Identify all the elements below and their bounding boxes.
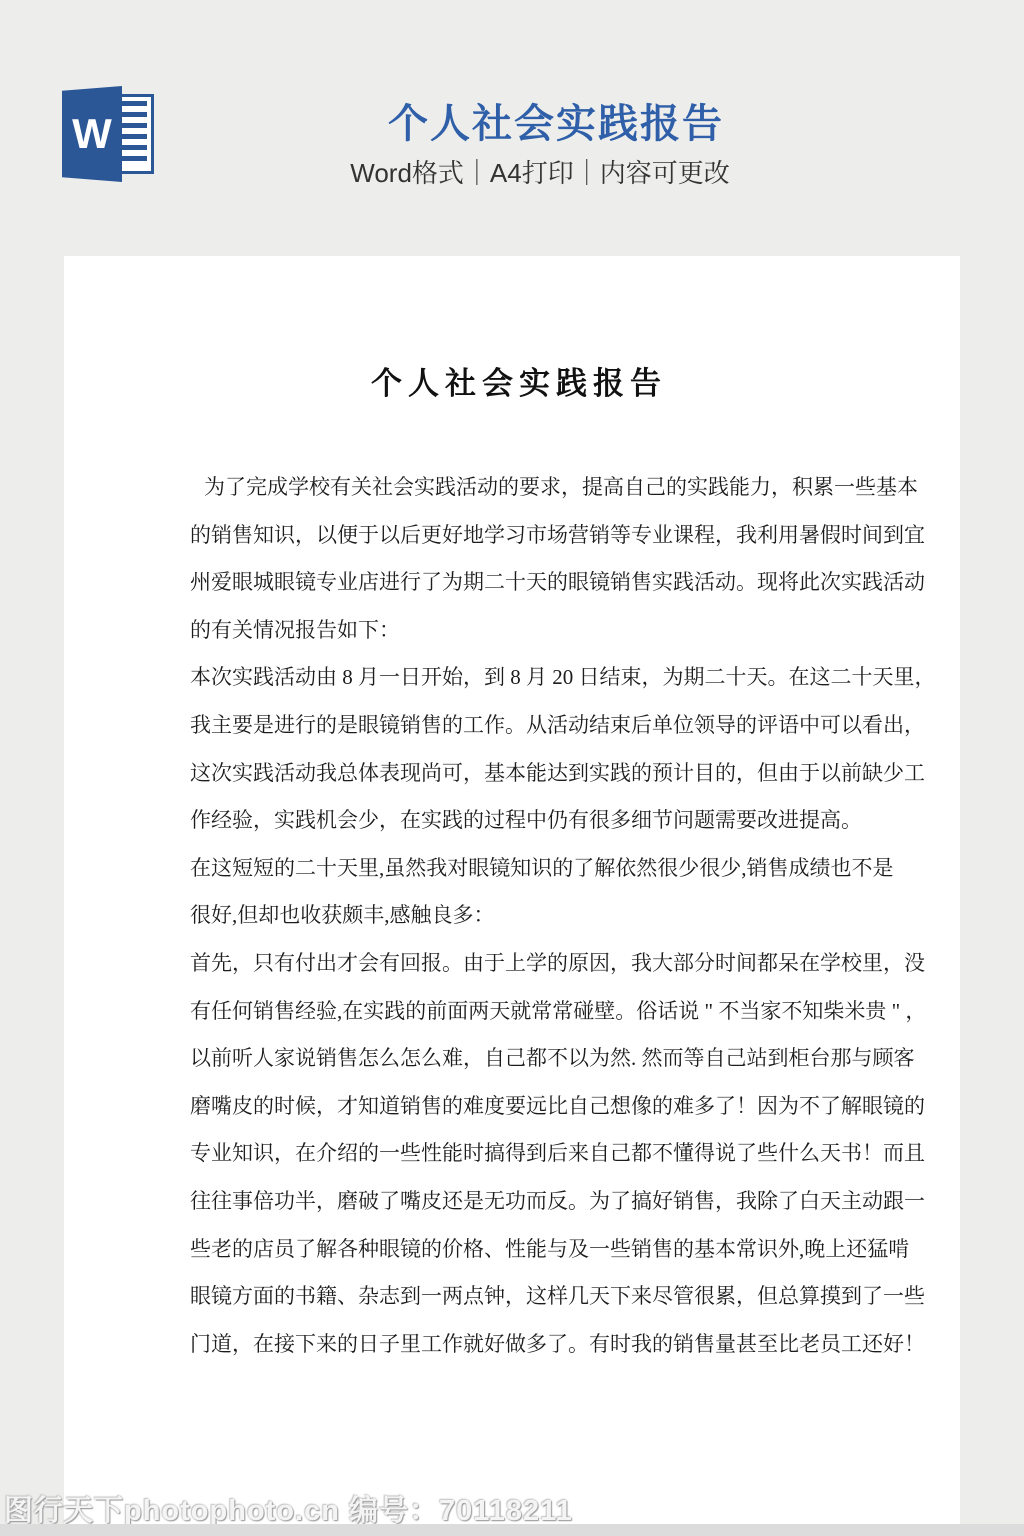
- doc-text-line: 首先，只有付出才会有回报。由于上学的原因，我大部分时间都呆在学校里，没: [190, 940, 848, 988]
- doc-text-line: 在这短短的二十天里,虽然我对眼镜知识的了解依然很少很少,销售成绩也不是: [190, 845, 848, 893]
- doc-text-line: 的有关情况报告如下：: [190, 607, 848, 655]
- template-subtitle: Word格式｜A4打印｜内容可更改: [28, 153, 1024, 190]
- doc-text-line: 有任何销售经验,在实践的前面两天就常常碰壁。俗话说 " 不当家不知柴米贵 " ，: [190, 988, 848, 1036]
- doc-text-line: 作经验，实践机会少，在实践的过程中仍有很多细节问题需要改进提高。: [190, 797, 848, 845]
- doc-text-line: 专业知识，在介绍的一些性能时搞得到后来自己都不懂得说了些什么天书！而且: [190, 1130, 848, 1178]
- doc-text-line: 很好,但却也收获颇丰,感触良多：: [190, 892, 848, 940]
- doc-text-line: 眼镜方面的书籍、杂志到一两点钟，这样几天下来尽管很累，但总算摸到了一些: [190, 1273, 848, 1321]
- doc-text-line: 些老的店员了解各种眼镜的价格、性能与及一些销售的基本常识外,晚上还猛啃: [190, 1226, 848, 1274]
- doc-text-line: 为了完成学校有关社会实践活动的要求，提高自己的实践能力，积累一些基本: [190, 464, 848, 512]
- preview-canvas: W 个人社会实践报告 Word格式｜A4打印｜内容可更改 个人社会实践报告 为了…: [0, 0, 1024, 1536]
- template-title: 个人社会实践报告: [44, 92, 1024, 149]
- doc-text-line: 往往事倍功半，磨破了嘴皮还是无功而反。为了搞好销售，我除了白天主动跟一: [190, 1178, 848, 1226]
- document-page: 个人社会实践报告 为了完成学校有关社会实践活动的要求，提高自己的实践能力，积累一…: [64, 256, 960, 1524]
- doc-text-line: 磨嘴皮的时候，才知道销售的难度要远比自己想像的难多了！因为不了解眼镜的: [190, 1083, 848, 1131]
- doc-text-line: 门道，在接下来的日子里工作就好做多了。有时我的销售量甚至比老员工还好！: [190, 1321, 848, 1369]
- doc-text-line: 这次实践活动我总体表现尚可，基本能达到实践的预计目的，但由于以前缺少工: [190, 750, 848, 798]
- doc-text-line: 的销售知识，以便于以后更好地学习市场营销等专业课程，我利用暑假时间到宜: [190, 512, 848, 560]
- doc-text-line: 州爱眼城眼镜专业店进行了为期二十天的眼镜销售实践活动。现将此次实践活动: [190, 559, 848, 607]
- doc-text-line: 以前听人家说销售怎么怎么难，自己都不以为然. 然而等自己站到柜台那与顾客: [190, 1035, 848, 1083]
- document-title: 个人社会实践报告: [190, 362, 848, 406]
- doc-text-line: 我主要是进行的是眼镜销售的工作。从活动结束后单位领导的评语中可以看出，: [190, 702, 848, 750]
- bottom-strip: [0, 1524, 1024, 1536]
- doc-paragraphs: 为了完成学校有关社会实践活动的要求，提高自己的实践能力，积累一些基本的销售知识，…: [190, 464, 848, 1368]
- site-watermark: 图行天下photophoto.cn 编号：70118211: [4, 1488, 573, 1529]
- doc-text-line: 本次实践活动由 8 月一日开始，到 8 月 20 日结束，为期二十天。在这二十天…: [190, 654, 848, 702]
